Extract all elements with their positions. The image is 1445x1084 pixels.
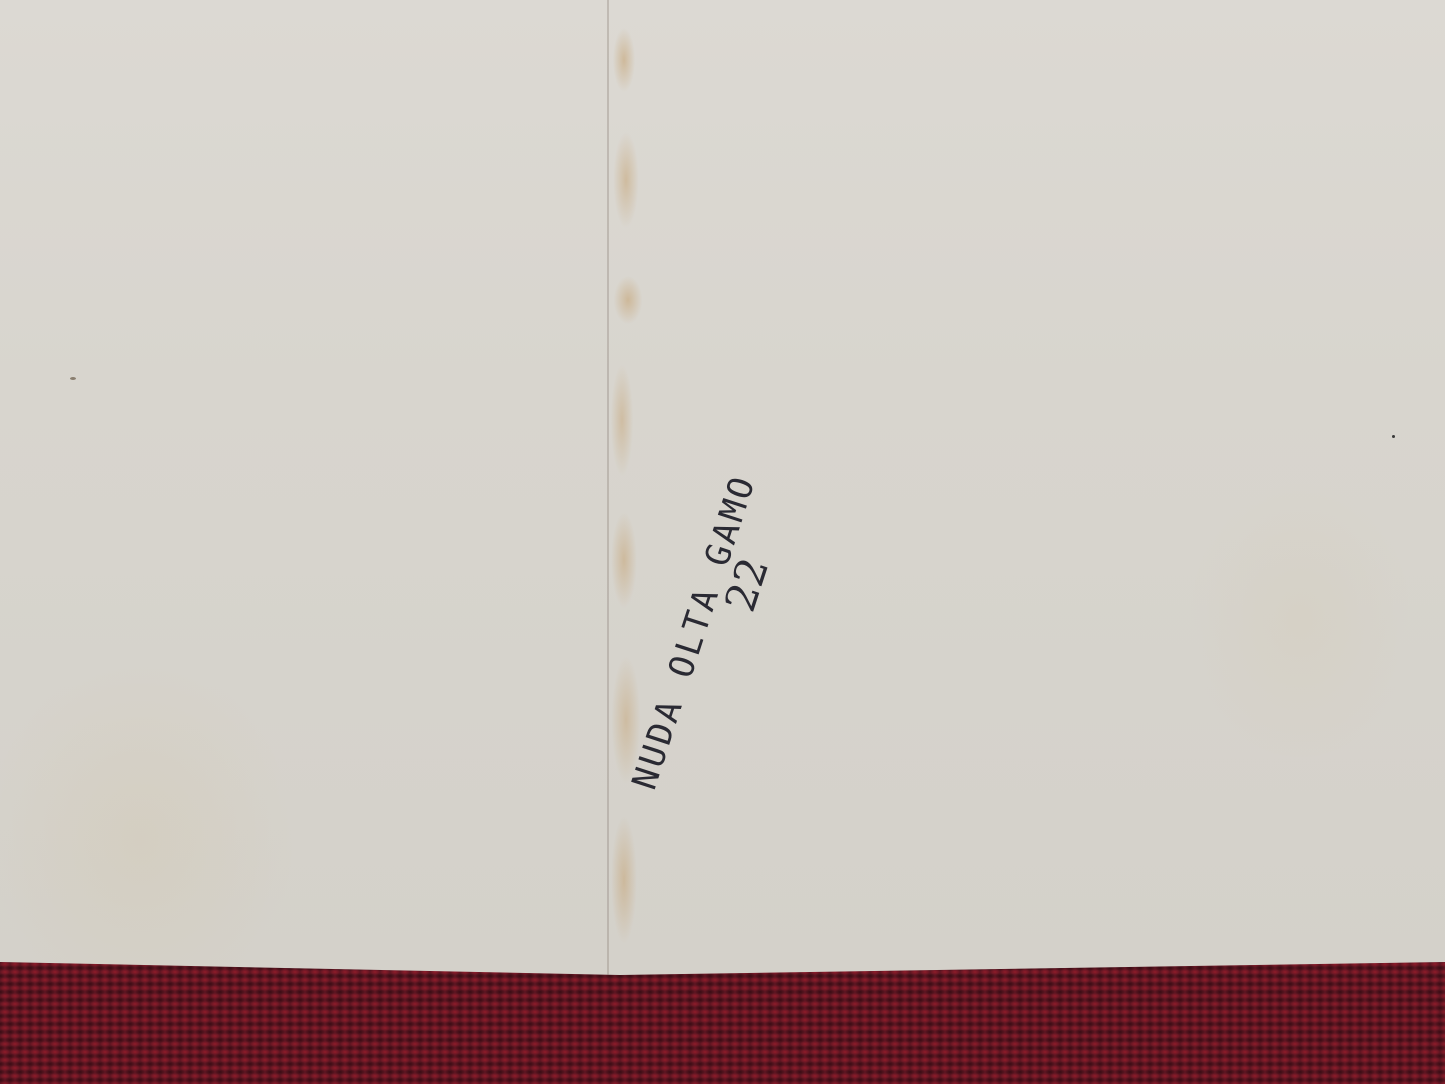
- paper-speck: [1392, 435, 1395, 438]
- paper-speck: [70, 377, 76, 380]
- vertical-fold-line: [607, 0, 609, 975]
- fold-water-stain: [602, 0, 650, 975]
- poster-back-sheet: NUDA OLTA GAMO 22: [0, 0, 1445, 975]
